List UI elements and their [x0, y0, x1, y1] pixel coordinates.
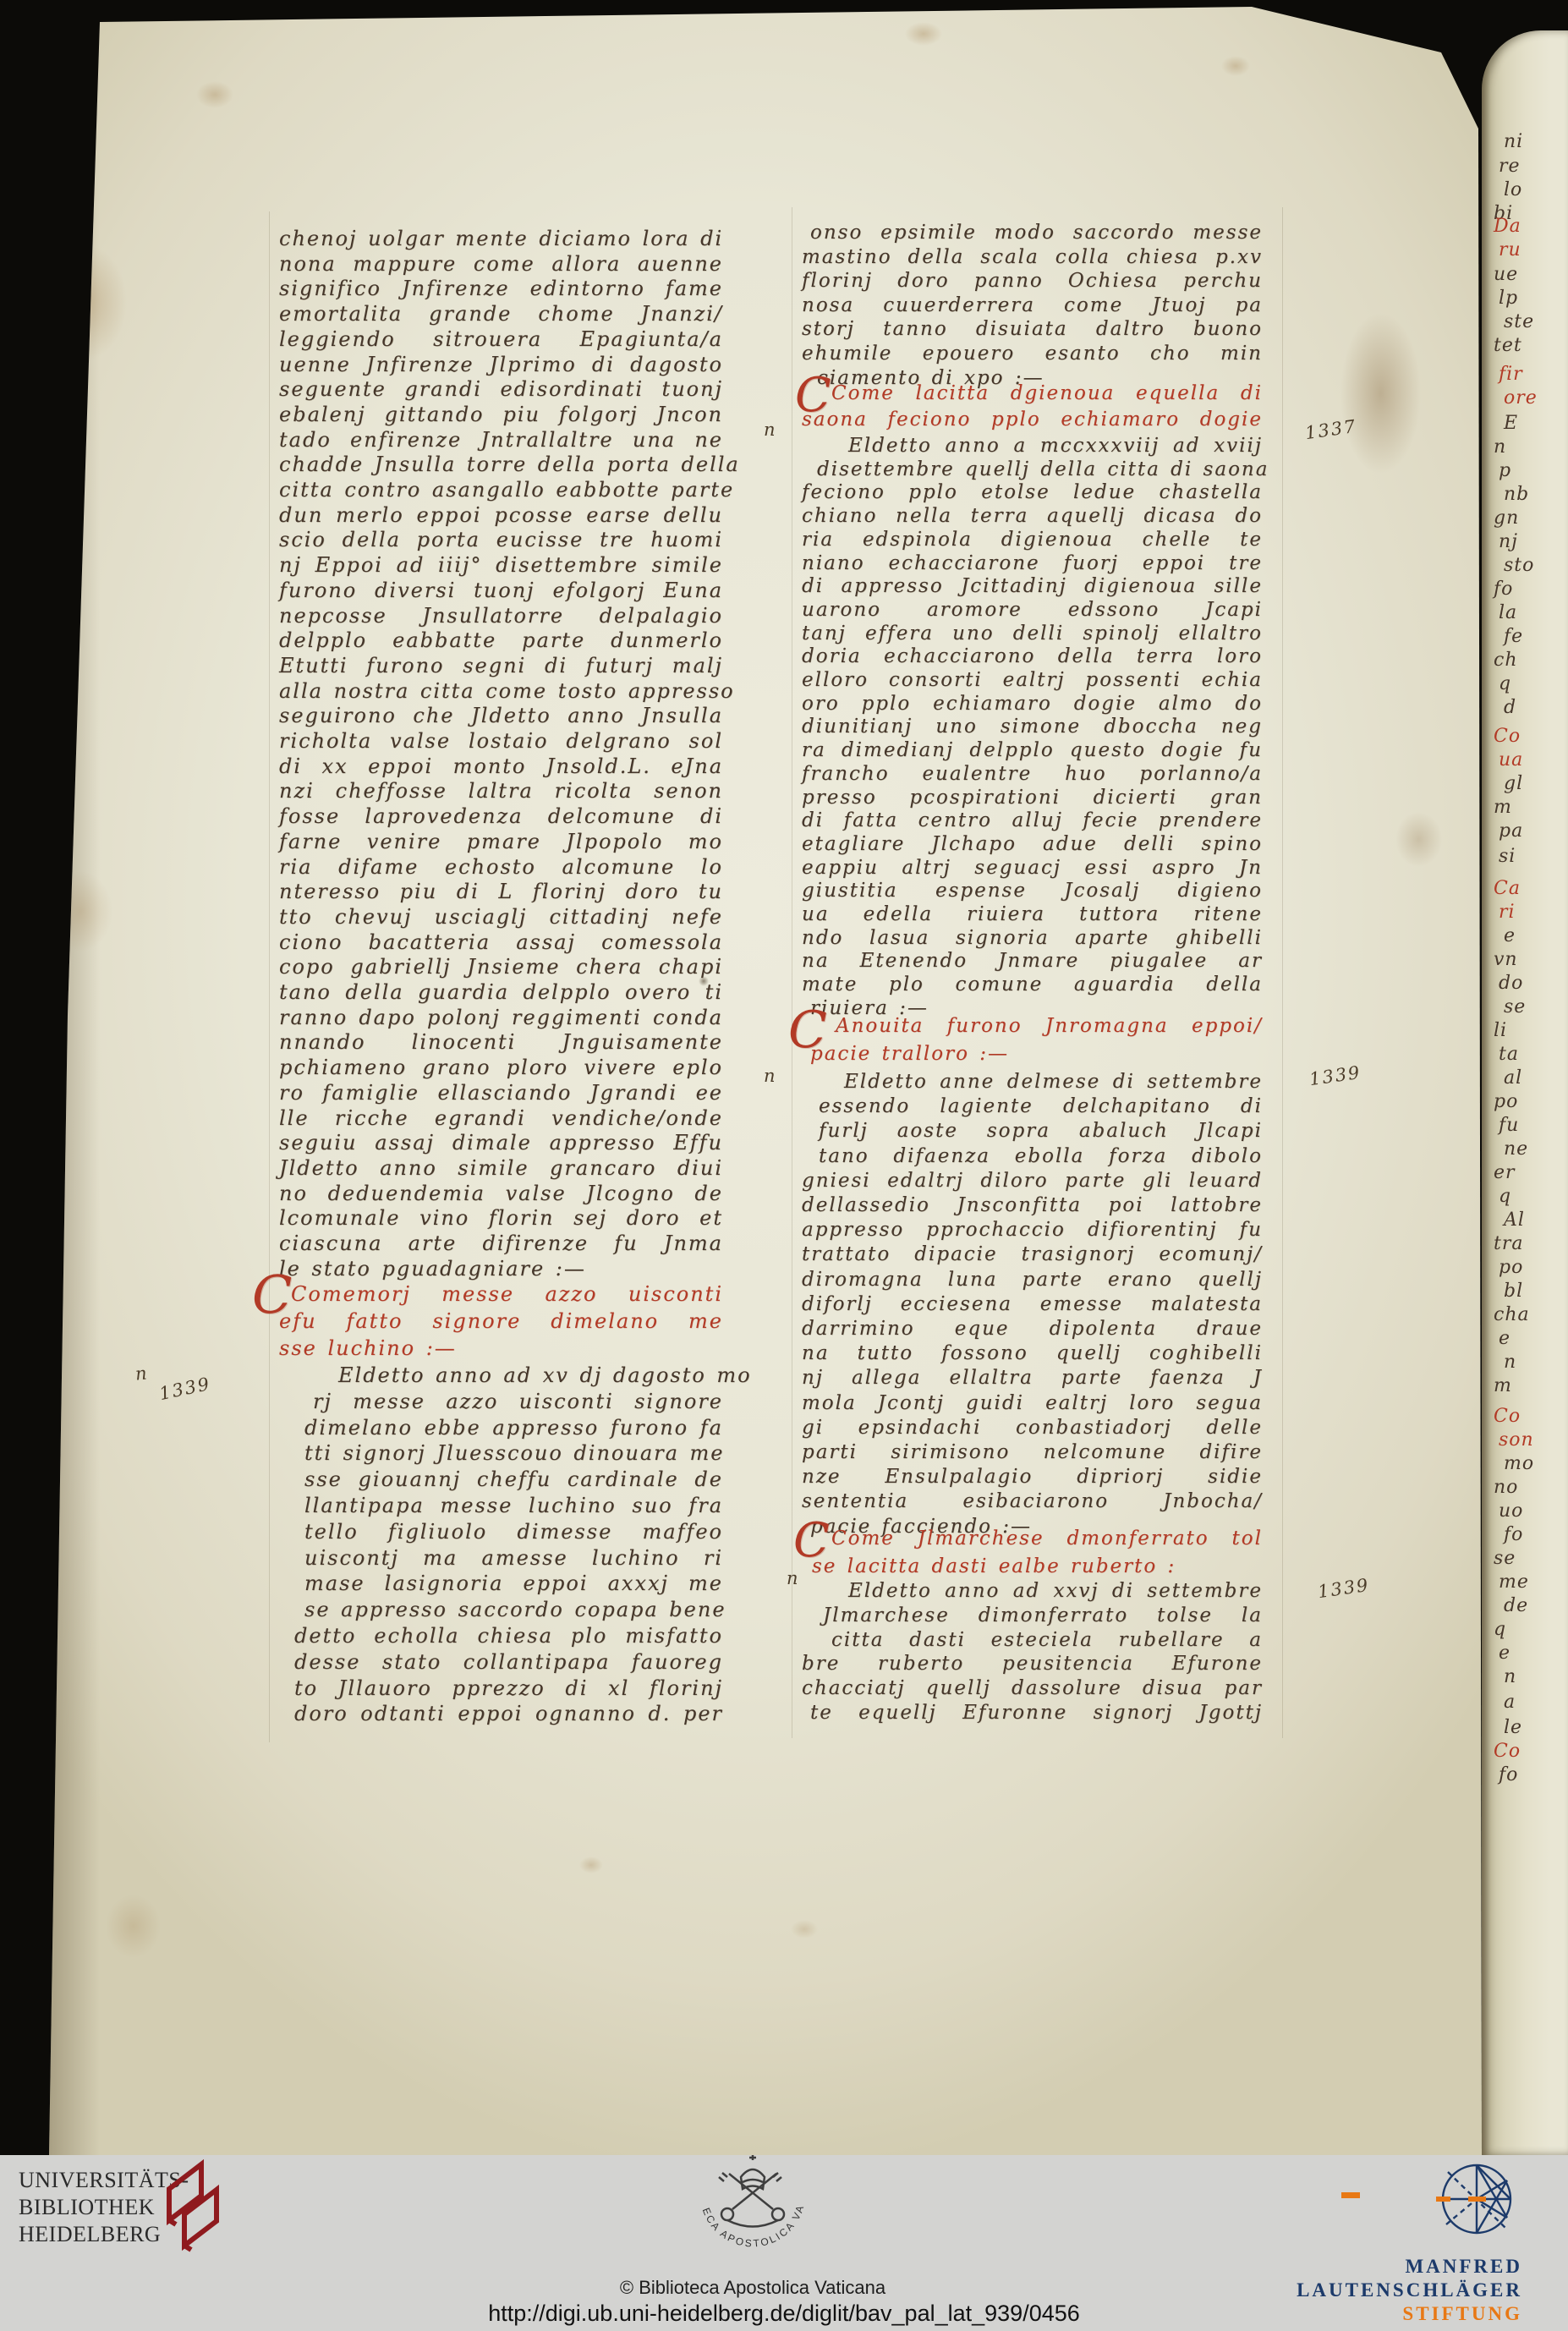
manuscript-line: seguente grandi edisordinati tuonj — [279, 377, 723, 401]
cut-off-text-fragment: uo — [1499, 1500, 1523, 1522]
cut-off-text-fragment: Co — [1494, 726, 1521, 747]
manuscript-line: Eldetto anno ad xv dj dagosto mo — [279, 1363, 723, 1387]
column-ruling-line — [792, 207, 792, 1738]
manuscript-line: nosa cuuerderrera come Jtuoj pa — [802, 294, 1263, 316]
manuscript-line: lcomunale vino florin sej doro et — [279, 1206, 723, 1230]
manuscript-line: uarono aromore edssono Jcapi — [802, 599, 1263, 621]
manuscript-line: ria edspinola digienoua chelle te — [802, 529, 1263, 551]
manuscript-line: Eldetto anne delmese di settembre — [802, 1071, 1263, 1093]
cut-off-text-fragment: fo — [1504, 1524, 1523, 1545]
manuscript-line: tto chevuj usciaglj cittadinj nefe — [279, 905, 723, 929]
cut-off-text-fragment: n — [1494, 436, 1506, 458]
cut-off-text-fragment: tet — [1494, 335, 1522, 356]
manuscript-line: nnando linocenti Jnguisamente — [279, 1030, 723, 1054]
manuscript-line: bre ruberto peusitencia Efurone — [802, 1653, 1263, 1675]
manuscript-line: Jlmarchese dimonferrato tolse la — [802, 1604, 1263, 1626]
cut-off-text-fragment: nb — [1504, 484, 1529, 505]
manuscript-line: ria difame echosto alcomune lo — [279, 855, 723, 879]
manuscript-line: essendo lagiente delchapitano di — [802, 1095, 1263, 1117]
manuscript-line: dellassedio Jnsconfitta poi lattobre — [802, 1194, 1263, 1216]
manuscript-line: delpplo eabbatte parte dunmerlo — [279, 628, 723, 652]
manuscript-line: ro famiglie ellasciando Jgrandi ee — [279, 1081, 723, 1105]
manuscript-line: llantipapa messe luchino suo fra — [279, 1494, 723, 1517]
margin-annotation: n — [787, 1568, 800, 1588]
paper-stain — [196, 81, 233, 108]
manuscript-line: furono diversi tuonj efolgorj Euna — [279, 579, 723, 602]
manuscript-line: doro odtanti eppoi ognanno d. per — [279, 1702, 723, 1725]
cut-off-text-fragment: mo — [1504, 1453, 1534, 1474]
manuscript-line: darrimino eque dipolenta draue — [802, 1318, 1263, 1340]
manuscript-line: tello figliuolo dimesse maffeo — [279, 1520, 723, 1544]
manuscript-line: detto echolla chiesa plo misfatto — [279, 1624, 723, 1648]
manuscript-line: storj tanno disuiata daltro buono — [802, 318, 1263, 340]
column-ruling-line — [1282, 207, 1283, 1738]
digitized-manuscript-scan: chenoj uolgar mente diciamo lora dinona … — [0, 0, 1568, 2331]
book-fore-edge: nirelobiDaruuelpstetetfiroreEnpnbgnnjsto… — [1482, 30, 1568, 2155]
copyright-notice: © Biblioteca Apostolica Vaticana — [474, 2277, 1032, 2299]
manuscript-line: se appresso saccordo copapa bene — [279, 1598, 723, 1621]
cut-off-text-fragment: po — [1499, 1257, 1523, 1278]
manuscript-line: chacciatj quellj dassolure disua par — [802, 1677, 1263, 1699]
cut-off-text-fragment: d — [1504, 697, 1516, 718]
manuscript-line: appresso pprochaccio difiorentinj fu — [802, 1219, 1263, 1241]
orange-dash-mark — [1341, 2192, 1360, 2198]
manuscript-line: citta contro asangallo eabbotte parte — [279, 478, 723, 502]
rubric-line: efu fatto signore dimelano me — [279, 1309, 723, 1333]
rubric-line: pacie tralloro :— — [802, 1043, 1263, 1065]
manuscript-line: parti sirimisono nelcomune difire — [802, 1441, 1263, 1463]
manuscript-line: nj Eppoi ad iiij° disettembre simile — [279, 553, 723, 577]
cut-off-text-fragment: se — [1504, 996, 1526, 1017]
manuscript-line: to Jllauoro pprezzo di xl florinj — [279, 1676, 723, 1700]
manuscript-line: le stato pguadagniare :— — [279, 1257, 723, 1281]
manuscript-line: doria echacciarono della terra loro — [802, 645, 1263, 667]
manuscript-line: citta dasti esteciela rubellare a — [802, 1629, 1263, 1651]
cut-off-text-fragment: Co — [1494, 1406, 1521, 1427]
rubric-line: Anouita furono Jnromagna eppoi/ — [802, 1015, 1263, 1037]
manuscript-line: copo gabriellj Jnsieme chera chapi — [279, 955, 723, 979]
manuscript-line: nona mappure come allora auenne — [279, 252, 723, 276]
cut-off-text-fragment: gn — [1494, 507, 1519, 529]
manuscript-line: diforlj ecciesena emesse malatesta — [802, 1293, 1263, 1315]
cut-off-text-fragment: a — [1504, 1692, 1516, 1713]
manuscript-line: chiano nella terra aquellj dicasa do — [802, 505, 1263, 527]
cut-off-text-fragment: lp — [1499, 288, 1518, 309]
manuscript-line: ciascuna arte difirenze fu Jnma — [279, 1231, 723, 1255]
manuscript-line: oro pplo echiamaro dogie almo do — [802, 693, 1263, 715]
cut-off-text-fragment: gl — [1504, 773, 1523, 794]
manuscript-line: gniesi edaltrj diloro parte gli leuard — [802, 1170, 1263, 1192]
manuscript-line: giustitia espense Jcosalj digieno — [802, 880, 1263, 902]
manuscript-line: dun merlo eppoi pcosse earse dellu — [279, 503, 723, 527]
manuscript-line: presso pcospirationi dicierti gran — [802, 787, 1263, 809]
mls-line2: LAUTENSCHLÄGER — [1297, 2279, 1522, 2302]
manuscript-line: significo Jnfirenze edintorno fame — [279, 277, 723, 300]
cut-off-text-fragment: ta — [1499, 1044, 1519, 1065]
manuscript-line: nepcosse Jnsullatorre delpalagio — [279, 604, 723, 628]
cut-off-text-fragment: n — [1504, 1352, 1516, 1373]
cut-off-text-fragment: no — [1494, 1477, 1518, 1498]
manuscript-line: tti signorj Jluesscouo dinouara me — [279, 1441, 723, 1465]
manuscript-line: onso epsimile modo saccordo messe — [802, 222, 1263, 244]
vatican-library-seal: BIBLIOTECA APOSTOLICA VATICANA — [685, 2155, 820, 2275]
cut-off-text-fragment: E — [1504, 413, 1518, 434]
cut-off-text-fragment: li — [1494, 1020, 1507, 1041]
manuscript-line: elloro consorti ealtrj possenti echia — [802, 669, 1263, 691]
manuscript-line: di fatta centro alluj fecie prendere — [802, 809, 1263, 831]
manuscript-line: seguiu assaj dimale appresso Effu — [279, 1131, 723, 1155]
manuscript-line: mate plo comune aguardia della — [802, 974, 1263, 995]
manuscript-line: ciono bacatteria assaj comessola — [279, 930, 723, 954]
cut-off-text-fragment: q — [1499, 1186, 1511, 1207]
paper-stain — [106, 1895, 161, 1958]
cut-off-text-fragment: al — [1504, 1067, 1522, 1089]
paper-stain — [47, 245, 127, 359]
manuscript-line: fosse laprovedenza delcomune di — [279, 804, 723, 828]
rubric-initial: C — [793, 1522, 830, 1560]
cut-off-text-fragment: fo — [1499, 1764, 1518, 1785]
manuscript-line: ranno dapo polonj reggimenti conda — [279, 1006, 723, 1029]
manuscript-line: etagliare Jlchapo adue delli spino — [802, 833, 1263, 855]
manuscript-line: richolta valse lostaio delgrano sol — [279, 729, 723, 753]
manuscript-line: uiscontj ma amesse luchino ri — [279, 1546, 723, 1570]
manuscript-line: sententia esibaciarono Jnbocha/ — [802, 1490, 1263, 1512]
manuscript-line: tanj effera uno delli spinolj ellaltro — [802, 623, 1263, 644]
paper-stain — [1395, 812, 1442, 867]
cut-off-text-fragment: vn — [1494, 949, 1518, 970]
manuscript-line: di appresso Jcittadinj digienoua sille — [802, 575, 1263, 597]
manuscript-line: mola Jcontj guidi ealtrj loro segua — [802, 1392, 1263, 1414]
cut-off-text-fragment: de — [1504, 1595, 1528, 1616]
cut-off-text-fragment: bl — [1504, 1281, 1523, 1302]
mls-line3: STIFTUNG — [1297, 2302, 1522, 2326]
manuscript-line: diunitianj uno simone dboccha neg — [802, 716, 1263, 738]
manuscript-line: florinj doro panno Ochiesa perchu — [802, 270, 1263, 292]
cut-off-text-fragment: se — [1494, 1548, 1516, 1569]
margin-annotation: n — [764, 420, 777, 440]
cut-off-text-fragment: q — [1499, 673, 1511, 694]
cut-off-text-fragment: fo — [1494, 579, 1513, 600]
rubric-line: sse luchino :— — [279, 1336, 723, 1360]
cut-off-text-fragment: ua — [1499, 749, 1523, 771]
cut-off-text-fragment: me — [1499, 1571, 1529, 1593]
manuscript-line: nj allega ellaltra parte faenza J — [802, 1367, 1263, 1389]
cut-off-text-fragment: Co — [1494, 1741, 1521, 1762]
cut-off-text-fragment: lo — [1504, 179, 1522, 200]
manuscript-line: no deduendemia valse Jlcogno de — [279, 1182, 723, 1205]
manuscript-line: ehumile epouero esanto cho min — [802, 343, 1263, 365]
cut-off-text-fragment: sto — [1504, 555, 1534, 576]
manuscript-line: gi epsindachi conbastiadorj delle — [802, 1417, 1263, 1439]
manuscript-line: mase lasignoria eppoi axxxj me — [279, 1571, 723, 1595]
manuscript-line: nze Ensulpalagio dipriorj sidie — [802, 1466, 1263, 1488]
manuscript-line: na Etenendo Jnmare piugalee ar — [802, 950, 1263, 972]
cut-off-text-fragment: m — [1494, 1375, 1512, 1396]
paper-stain — [1340, 313, 1421, 474]
cut-off-text-fragment: Al — [1504, 1209, 1525, 1231]
margin-annotation: 1337 — [1304, 416, 1358, 443]
manuscript-leaf: chenoj uolgar mente diciamo lora dinona … — [0, 0, 1568, 2155]
manuscript-line: desse stato collantipapa fauoreg — [279, 1650, 723, 1674]
manuscript-line: seguirono che Jldetto anno Jnsulla — [279, 704, 723, 727]
manuscript-line: pchiameno grano ploro vivere eplo — [279, 1056, 723, 1079]
mls-line1: MANFRED — [1297, 2255, 1522, 2279]
cut-off-text-fragment: nj — [1499, 531, 1518, 552]
manuscript-line: Eldetto anno a mccxxxviij ad xviij — [802, 435, 1263, 457]
manuscript-line: lle ricche egrandi vendiche/onde — [279, 1106, 723, 1130]
cut-off-text-fragment: ue — [1494, 264, 1518, 285]
manuscript-line: uenne Jnfirenze Jlprimo di dagosto — [279, 353, 723, 376]
page-gutter-shadow — [49, 0, 100, 2155]
manuscript-line: furlj aoste sopra abaluch Jlcapi — [802, 1120, 1263, 1142]
cut-off-text-fragment: p — [1499, 460, 1511, 481]
ub-heidelberg-book-icon — [152, 2157, 237, 2262]
cut-off-text-fragment: e — [1504, 925, 1516, 946]
cut-off-text-fragment: ch — [1494, 650, 1518, 671]
cut-off-text-fragment: tra — [1494, 1233, 1523, 1254]
margin-annotation: 1339 — [1317, 1575, 1371, 1602]
rubric-initial: C — [252, 1274, 292, 1316]
cut-off-text-fragment: son — [1499, 1429, 1534, 1451]
manuscript-line: leggiendo sitrouera Epagiunta/a — [279, 327, 723, 351]
cut-off-text-fragment: Da — [1494, 216, 1521, 237]
rubric-initial: C — [788, 1010, 827, 1050]
manuscript-line: niano echacciarone fuorj eppoi tre — [802, 552, 1263, 574]
manuscript-line: rj messe azzo uisconti signore — [279, 1390, 723, 1413]
manuscript-line: dimelano ebbe appresso furono fa — [279, 1416, 723, 1440]
manuscript-line: alla nostra citta come tosto appresso — [279, 679, 723, 703]
manuscript-line: Eldetto anno ad xxvj di settembre — [802, 1580, 1263, 1602]
manuscript-line: Jldetto anno simile grancaro diui — [279, 1156, 723, 1180]
footer-bar: UNIVERSITÄTS- BIBLIOTHEK HEIDELBERG — [0, 2155, 1568, 2331]
rubric-line: se lacitta dasti ealbe ruberto : — [802, 1555, 1263, 1577]
manuscript-line: na tutto fossono quellj coghibelli — [802, 1342, 1263, 1364]
rubric-initial: C — [795, 377, 831, 415]
cut-off-text-fragment: ore — [1504, 387, 1538, 409]
manuscript-line: diromagna luna parte erano quellj — [802, 1269, 1263, 1291]
manuscript-line: feciono pplo etolse ledue chastella — [802, 481, 1263, 503]
manuscript-line: farne venire pmare Jlpopolo mo — [279, 830, 723, 853]
manuscript-line: ra dimedianj delpplo questo dogie fu — [802, 739, 1263, 761]
rubric-line: Comemorj messe azzo uisconti — [279, 1282, 723, 1306]
manuscript-line: tano difaenza ebolla forza dibolo — [802, 1145, 1263, 1167]
margin-annotation: 1339 — [157, 1374, 212, 1404]
cut-off-text-fragment: ri — [1499, 902, 1516, 923]
manuscript-line: nzi cheffosse laltra ricolta senon — [279, 779, 723, 803]
manuscript-line: ua edella riuiera tuttora ritene — [802, 903, 1263, 925]
manuscript-line: disettembre quellj della citta di saona — [802, 458, 1263, 480]
manuscript-line: Etutti furono segni di futurj malj — [279, 654, 723, 677]
cut-off-text-fragment: po — [1494, 1091, 1518, 1112]
cut-off-text-fragment: e — [1499, 1328, 1510, 1349]
manuscript-line: tano della guardia delpplo overo ti — [279, 980, 723, 1004]
cut-off-text-fragment: ste — [1504, 311, 1534, 332]
cut-off-text-fragment: n — [1504, 1666, 1516, 1687]
svg-text:BIBLIOTECA APOSTOLICA VATICANA: BIBLIOTECA APOSTOLICA VATICANA — [685, 2155, 807, 2250]
manuscript-line: eappiu altrj seguacj essi aspro Jn — [802, 857, 1263, 879]
manuscript-line: te equellj Efuronne signorj Jgottj — [802, 1702, 1263, 1724]
manuscript-line: francho eualentre huo porlanno/a — [802, 763, 1263, 785]
cut-off-text-fragment: q — [1494, 1619, 1506, 1640]
manuscript-line: sse giouannj cheffu cardinale de — [279, 1467, 723, 1491]
cut-off-text-fragment: ni — [1504, 131, 1523, 152]
cut-off-text-fragment: pa — [1499, 820, 1523, 842]
cut-off-text-fragment: do — [1499, 973, 1523, 994]
manuscript-line: ndo lasua signoria aparte ghibelli — [802, 927, 1263, 949]
manuscript-line: di xx eppoi monto Jnsold.L. eJna — [279, 754, 723, 778]
manuscript-line: emortalita grande chome Jnanzi/ — [279, 302, 723, 326]
rubric-line: saona feciono pplo echiamaro dogie — [802, 409, 1263, 431]
margin-annotation: n — [764, 1066, 777, 1086]
manuscript-line: tado enfirenze Jntrallaltre una ne — [279, 428, 723, 452]
cut-off-text-fragment: fir — [1499, 364, 1523, 385]
margin-annotation: 1339 — [1308, 1062, 1362, 1089]
rubric-line: Come lacitta dgienoua equella di — [802, 382, 1263, 404]
margin-annotation: n — [134, 1363, 150, 1384]
manuscript-line: chenoj uolgar mente diciamo lora di — [279, 227, 723, 250]
vatican-block: BIBLIOTECA APOSTOLICA VATICANA © Bibliot… — [474, 2155, 1032, 2299]
cut-off-text-fragment: e — [1499, 1643, 1510, 1664]
lautenschlaeger-wordmark: MANFRED LAUTENSCHLÄGER STIFTUNG — [1297, 2255, 1522, 2326]
cut-off-text-fragment: m — [1494, 797, 1512, 818]
manuscript-line: ebalenj gittando piu folgorj Jncon — [279, 403, 723, 426]
cut-off-text-fragment: cha — [1494, 1304, 1530, 1325]
cut-off-text-fragment: ne — [1504, 1138, 1528, 1160]
cut-off-text-fragment: fe — [1504, 626, 1523, 647]
column-ruling-line — [269, 211, 270, 1742]
cut-off-text-fragment: fu — [1499, 1115, 1519, 1136]
manuscript-line: scio della porta eucisse tre huomi — [279, 528, 723, 551]
manuscript-line: mastino della scala colla chiesa p.xv — [802, 246, 1263, 268]
right-text-column: onso epsimile modo saccordo messemastino… — [802, 0, 1263, 2155]
cut-off-text-fragment: la — [1499, 602, 1517, 623]
lautenschlaeger-logo-icon — [1434, 2157, 1519, 2245]
cut-off-text-fragment: ru — [1499, 239, 1521, 261]
cut-off-text-fragment: er — [1494, 1162, 1516, 1183]
vatican-seal-arc-text: BIBLIOTECA APOSTOLICA VATICANA — [685, 2155, 807, 2250]
manuscript-line: chadde Jnsulla torre della porta della — [279, 452, 723, 476]
manuscript-line: nteresso piu di L florinj doro tu — [279, 880, 723, 903]
cut-off-text-fragment: si — [1499, 846, 1516, 867]
manuscript-line: trattato dipacie trasignorj ecomunj/ — [802, 1243, 1263, 1265]
left-text-column: chenoj uolgar mente diciamo lora dinona … — [279, 0, 723, 2155]
cut-off-text-fragment: le — [1504, 1717, 1522, 1738]
cut-off-text-fragment: re — [1499, 156, 1521, 177]
cut-off-text-fragment: Ca — [1494, 878, 1521, 899]
rubric-line: Come Jlmarchese dmonferrato tol — [802, 1527, 1263, 1549]
